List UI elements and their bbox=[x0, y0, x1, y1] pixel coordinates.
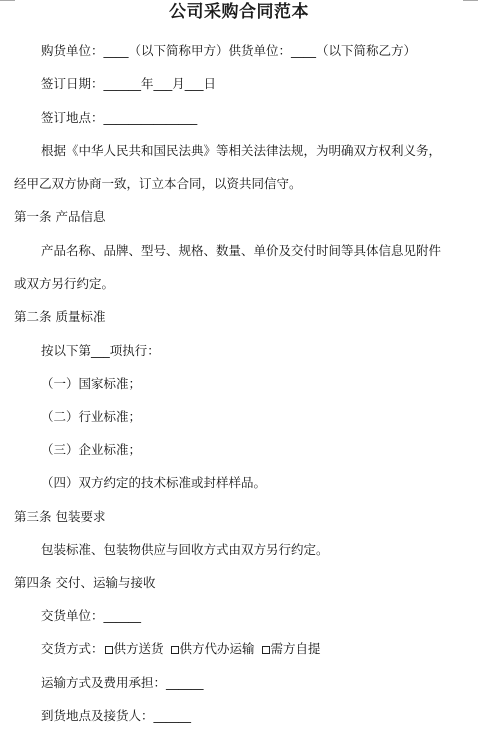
delivery-unit-line: 交货单位：______ bbox=[41, 608, 141, 624]
article-2-option-3: （三）企业标准； bbox=[41, 442, 141, 458]
document-title: 公司采购合同范本 bbox=[0, 1, 478, 23]
sign-date-line: 签订日期：______年___月___日 bbox=[41, 76, 216, 92]
buyer-seller-line: 购货单位：____（以下简称甲方）供货单位：____（以下简称乙方） bbox=[41, 43, 416, 59]
option-buyer-pickup: 需方自提 bbox=[271, 641, 321, 656]
document-page: 公司采购合同范本 购货单位：____（以下简称甲方）供货单位：____（以下简称… bbox=[0, 0, 478, 741]
article-2-heading: 第二条 质量标准 bbox=[14, 309, 105, 325]
article-2-intro: 按以下第___项执行： bbox=[41, 343, 160, 359]
article-2-option-2: （二）行业标准； bbox=[41, 409, 141, 425]
preamble-line-1: 根据《中华人民共和国民法典》等相关法律法规，为明确双方权利义务， bbox=[41, 143, 441, 159]
article-1-body-line-2: 或双方另行约定。 bbox=[14, 276, 114, 292]
article-2-option-4: （四）双方约定的技术标准或封样样品。 bbox=[41, 475, 266, 491]
checkbox-supplier-delivery[interactable] bbox=[105, 646, 113, 654]
option-supplier-delivery: 供方送货 bbox=[114, 641, 164, 656]
sign-place-line: 签订地点：_______________ bbox=[41, 110, 197, 126]
option-supplier-shipping: 供方代办运输 bbox=[180, 641, 255, 656]
delivery-method-label: 交货方式： bbox=[41, 641, 104, 656]
article-1-heading: 第一条 产品信息 bbox=[14, 209, 105, 225]
preamble-line-2: 经甲乙双方协商一致，订立本合同，以资共同信守。 bbox=[14, 176, 302, 192]
article-3-heading: 第三条 包装要求 bbox=[14, 509, 105, 525]
article-2-option-1: （一）国家标准； bbox=[41, 376, 141, 392]
destination-receiver-line: 到货地点及接货人：______ bbox=[41, 708, 191, 724]
article-3-body: 包装标准、包装物供应与回收方式由双方另行约定。 bbox=[41, 542, 329, 558]
article-1-body-line-1: 产品名称、品牌、型号、规格、数量、单价及交付时间等具体信息见附件 bbox=[41, 243, 441, 259]
checkbox-supplier-shipping[interactable] bbox=[171, 646, 179, 654]
transport-cost-line: 运输方式及费用承担：______ bbox=[41, 675, 204, 691]
delivery-method-line: 交货方式：供方送货供方代办运输需方自提 bbox=[41, 641, 321, 657]
article-4-heading: 第四条 交付、运输与接收 bbox=[14, 575, 155, 591]
checkbox-buyer-pickup[interactable] bbox=[262, 646, 270, 654]
